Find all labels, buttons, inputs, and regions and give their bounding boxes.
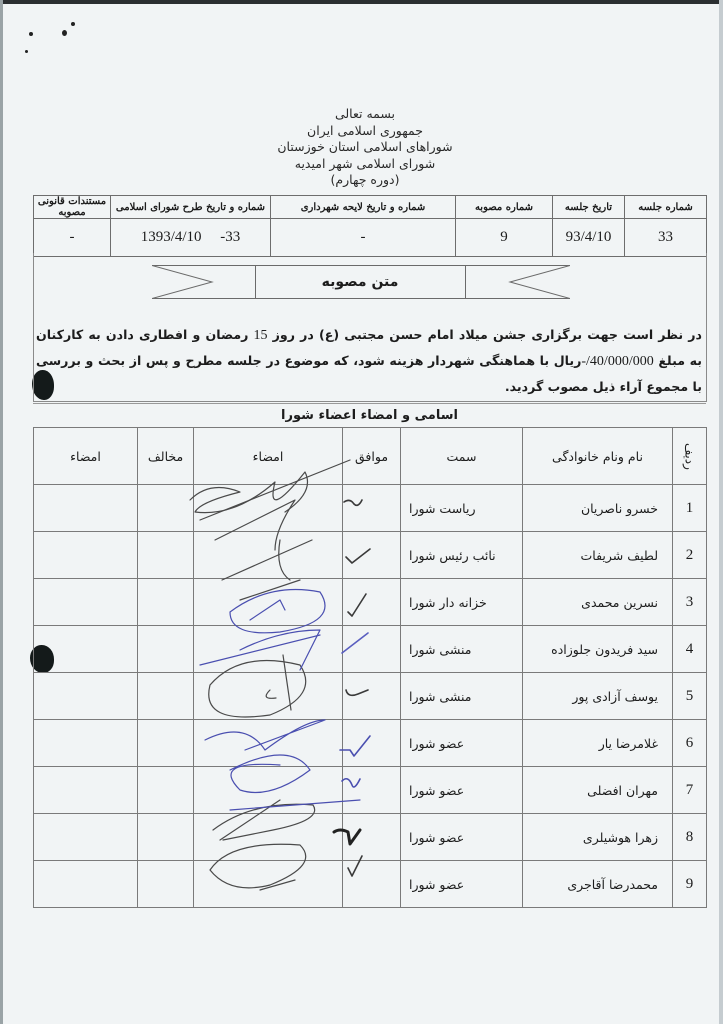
member-no: 4 (673, 626, 707, 673)
col-agree: موافق (343, 428, 401, 485)
member-no: 7 (673, 767, 707, 814)
member-agree-cell (343, 485, 401, 532)
member-role: منشی شورا (401, 673, 523, 720)
letterhead-line: شوراهای اسلامی استان خوزستان (250, 139, 480, 156)
member-oppose-cell (138, 720, 194, 767)
resolution-title-banner: متن مصوبه (152, 265, 570, 299)
member-role: خزانه دار شورا (401, 579, 523, 626)
member-no: 8 (673, 814, 707, 861)
header-legal-docs: مستندات قانونی مصوبه (34, 196, 111, 219)
scan-edge-left (0, 0, 3, 1024)
member-oppose-cell (138, 814, 194, 861)
member-oppose-signature-cell (34, 626, 138, 673)
resolution-amount: -/40/000/000 (581, 354, 653, 369)
member-agree-cell (343, 579, 401, 626)
member-agree-cell (343, 814, 401, 861)
header-session-date: تاریخ جلسه (553, 196, 625, 219)
header-session-no: شماره جلسه (625, 196, 707, 219)
member-agree-cell (343, 767, 401, 814)
member-role: عضو شورا (401, 720, 523, 767)
resolution-text-part1: در نظر است جهت برگزاری جشن میلاد امام حس… (268, 327, 702, 342)
value-session-date: 93/4/10 (553, 219, 625, 257)
header-municipal-bill: شماره و تاریخ لایحه شهرداری (271, 196, 456, 219)
col-agree-signature: امضاء (194, 428, 343, 485)
header-council-plan: شماره و تاریخ طرح شورای اسلامی (111, 196, 271, 219)
member-agree-cell (343, 720, 401, 767)
member-oppose-cell (138, 626, 194, 673)
member-oppose-signature-cell (34, 814, 138, 861)
member-row: 6 غلامرضا یار عضو شورا (34, 720, 707, 767)
member-name: لطیف شریفات (523, 532, 673, 579)
member-role: ریاست شورا (401, 485, 523, 532)
member-role: عضو شورا (401, 814, 523, 861)
scan-edge-right (719, 0, 723, 1024)
scan-edge-top (0, 0, 723, 4)
scan-speck (29, 32, 33, 36)
member-row: 7 مهران افضلی عضو شورا (34, 767, 707, 814)
scan-speck (62, 30, 67, 36)
member-no: 1 (673, 485, 707, 532)
value-municipal-bill: - (271, 219, 456, 257)
member-name: خسرو ناصریان (523, 485, 673, 532)
member-oppose-cell (138, 485, 194, 532)
member-oppose-signature-cell (34, 720, 138, 767)
col-name: نام ونام خانوادگی (523, 428, 673, 485)
letterhead-line: شورای اسلامی شهر امیدیه (250, 156, 480, 173)
member-signature-cell (194, 485, 343, 532)
member-oppose-signature-cell (34, 767, 138, 814)
member-signature-cell (194, 861, 343, 908)
col-oppose: مخالف (138, 428, 194, 485)
session-info-header-row: شماره جلسه تاریخ جلسه شماره مصوبه شماره … (34, 196, 707, 219)
letterhead: بسمه تعالی جمهوری اسلامی ایران شوراهای ا… (250, 106, 480, 189)
member-name: نسرین محمدی (523, 579, 673, 626)
member-signature-cell (194, 767, 343, 814)
member-signature-cell (194, 720, 343, 767)
member-no: 6 (673, 720, 707, 767)
header-resolution-no: شماره مصوبه (456, 196, 553, 219)
member-oppose-signature-cell (34, 579, 138, 626)
member-row: 5 یوسف آزادی پور منشی شورا (34, 673, 707, 720)
resolution-text: در نظر است جهت برگزاری جشن میلاد امام حس… (36, 322, 702, 399)
col-oppose-signature: امضاء (34, 428, 138, 485)
member-oppose-signature-cell (34, 485, 138, 532)
member-oppose-cell (138, 861, 194, 908)
session-info-value-row: 33 93/4/10 9 - 1393/4/10 -33 - (34, 219, 707, 257)
member-agree-cell (343, 673, 401, 720)
col-row-no: ردیف (673, 428, 707, 485)
letterhead-line: بسمه تعالی (250, 106, 480, 123)
member-row: 2 لطیف شریفات نائب رئیس شورا (34, 532, 707, 579)
member-oppose-signature-cell (34, 673, 138, 720)
member-name: غلامرضا یار (523, 720, 673, 767)
member-row: 8 زهرا هوشیلری عضو شورا (34, 814, 707, 861)
member-name: زهرا هوشیلری (523, 814, 673, 861)
member-oppose-cell (138, 532, 194, 579)
resolution-day: 15 (254, 328, 268, 343)
scan-speck (71, 22, 75, 26)
member-agree-cell (343, 861, 401, 908)
member-no: 2 (673, 532, 707, 579)
member-name: مهران افضلی (523, 767, 673, 814)
member-name: محمدرضا آقاجری (523, 861, 673, 908)
member-role: عضو شورا (401, 767, 523, 814)
members-title: اسامی و امضاء اعضاء شورا (33, 403, 706, 428)
member-oppose-cell (138, 673, 194, 720)
value-session-no: 33 (625, 219, 707, 257)
scanned-resolution-page: بسمه تعالی جمهوری اسلامی ایران شوراهای ا… (0, 0, 723, 1024)
col-role: سمت (401, 428, 523, 485)
member-role: منشی شورا (401, 626, 523, 673)
member-signature-cell (194, 814, 343, 861)
scan-speck (25, 50, 28, 53)
resolution-title: متن مصوبه (255, 265, 465, 299)
member-row: 3 نسرین محمدی خزانه دار شورا (34, 579, 707, 626)
member-no: 3 (673, 579, 707, 626)
member-agree-cell (343, 532, 401, 579)
member-role: نائب رئیس شورا (401, 532, 523, 579)
member-signature-cell (194, 673, 343, 720)
member-no: 9 (673, 861, 707, 908)
value-resolution-no: 9 (456, 219, 553, 257)
letterhead-line: (دوره چهارم) (250, 172, 480, 189)
member-oppose-signature-cell (34, 861, 138, 908)
member-oppose-cell (138, 767, 194, 814)
member-signature-cell (194, 626, 343, 673)
member-role: عضو شورا (401, 861, 523, 908)
member-oppose-cell (138, 579, 194, 626)
member-oppose-signature-cell (34, 532, 138, 579)
member-name: سید فریدون جلوزاده (523, 626, 673, 673)
members-header-row: ردیف نام ونام خانوادگی سمت موافق امضاء م… (34, 428, 707, 485)
letterhead-line: جمهوری اسلامی ایران (250, 123, 480, 140)
members-table: ردیف نام ونام خانوادگی سمت موافق امضاء م… (33, 427, 707, 908)
session-info-table: شماره جلسه تاریخ جلسه شماره مصوبه شماره … (33, 195, 707, 257)
member-row: 1 خسرو ناصریان ریاست شورا (34, 485, 707, 532)
member-signature-cell (194, 579, 343, 626)
member-agree-cell (343, 626, 401, 673)
member-name: یوسف آزادی پور (523, 673, 673, 720)
value-council-plan: 1393/4/10 -33 (111, 219, 271, 257)
member-no: 5 (673, 673, 707, 720)
member-signature-cell (194, 532, 343, 579)
value-legal-docs: - (34, 219, 111, 257)
member-row: 9 محمدرضا آقاجری عضو شورا (34, 861, 707, 908)
member-row: 4 سید فریدون جلوزاده منشی شورا (34, 626, 707, 673)
